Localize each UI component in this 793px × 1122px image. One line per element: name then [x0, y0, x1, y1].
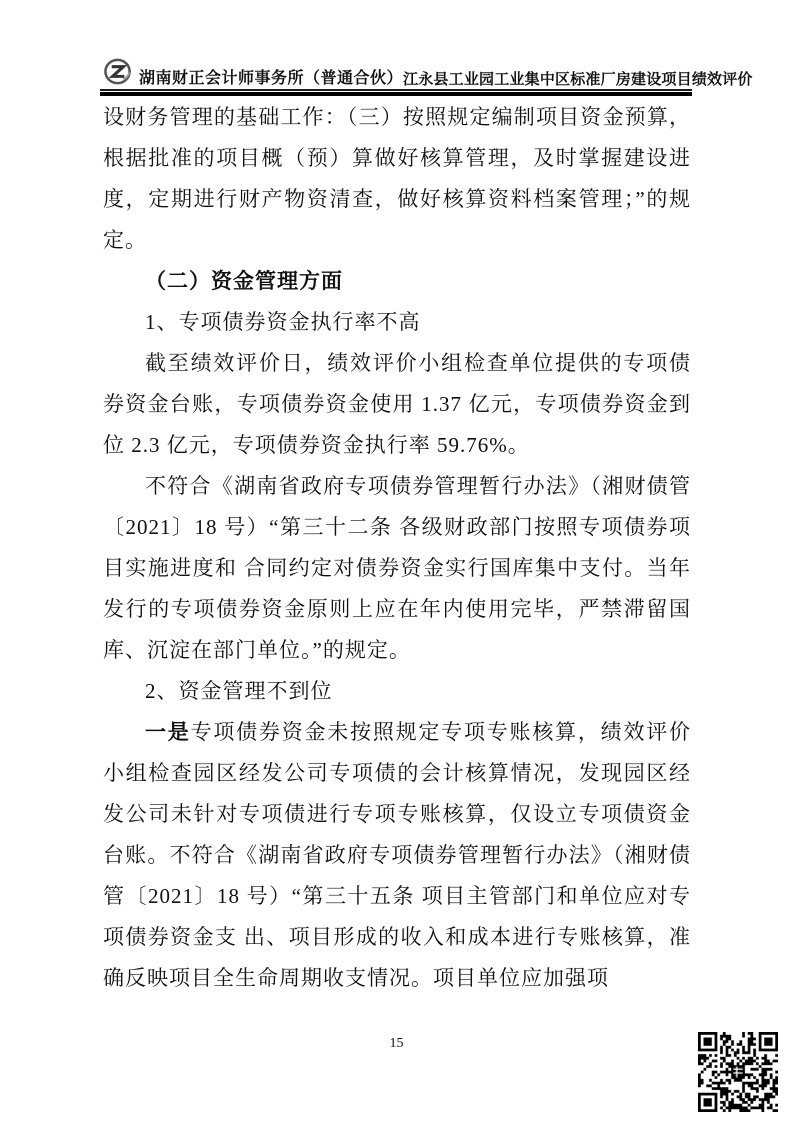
page-header: 湖南财正会计师事务所（普通合伙） 江永县工业园工业集中区标准厂房建设项目绩效评价 [103, 56, 692, 88]
header-firm-name: 湖南财正会计师事务所（普通合伙） [139, 70, 403, 88]
qr-code [698, 1032, 778, 1112]
subsection-heading-2: 2、资金管理不到位 [103, 671, 691, 712]
page-number: 15 [0, 1036, 793, 1052]
paragraph-accounting-issue: 一是专项债券资金未按照规定专项专账核算，绩效评价小组检查园区经发公司专项债的会计… [103, 712, 691, 999]
paragraph-bond-execution: 截至绩效评价日，绩效评价小组检查单位提供的专项债券资金台账，专项债券资金使用 1… [103, 343, 691, 466]
document-page: 湖南财正会计师事务所（普通合伙） 江永县工业园工业集中区标准厂房建设项目绩效评价… [0, 0, 793, 1122]
paragraph-body-text: 专项债券资金未按照规定专项专账核算，绩效评价小组检查园区经发公司专项债的会计核算… [103, 720, 691, 990]
header-divider-rule [100, 89, 692, 96]
paragraph-continuation: 设财务管理的基础工作：（三）按照规定编制项目资金预算，根据批准的项目概（预）算做… [103, 97, 691, 261]
section-heading: （二）资金管理方面 [103, 261, 691, 302]
header-left-group: 湖南财正会计师事务所（普通合伙） [103, 57, 403, 88]
document-body: 设财务管理的基础工作：（三）按照规定编制项目资金预算，根据批准的项目概（预）算做… [103, 97, 691, 999]
firm-logo-icon [103, 57, 134, 88]
header-report-title: 江永县工业园工业集中区标准厂房建设项目绩效评价 [403, 71, 753, 88]
paragraph-regulation-32: 不符合《湖南省政府专项债券管理暂行办法》（湘财债管〔2021〕18 号）“第三十… [103, 466, 691, 671]
subsection-heading-1: 1、专项债券资金执行率不高 [103, 302, 691, 343]
paragraph-lead-in: 一是 [145, 720, 191, 744]
